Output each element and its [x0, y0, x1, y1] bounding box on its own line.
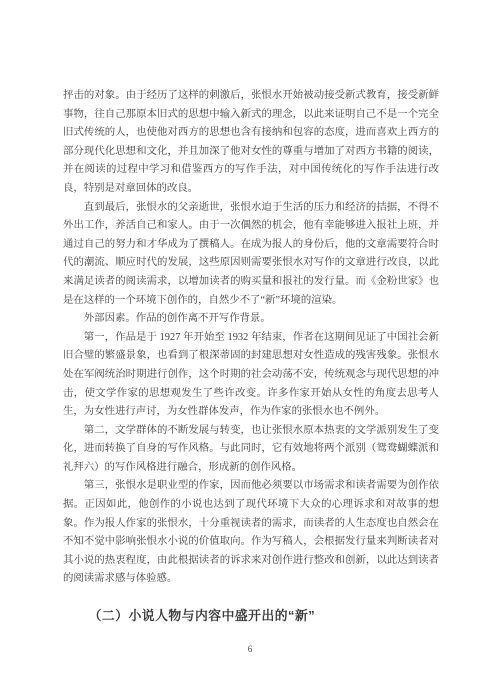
section-heading: （二）小说人物与内容中盛开出的“新”: [63, 607, 439, 624]
paragraph: 第三，张恨水是职业型的作家，因而他必须要以市场需求和读者需要为创作依据。正因如此…: [63, 477, 439, 589]
page-body: 抨击的对象。由于经历了这样的刺激后，张恨水开始被动接受新式教育，接受新鲜事物，往…: [63, 87, 439, 624]
paragraph: 第一，作品是于 1927 年开始至 1932 年结束，作者在这期间见证了中国社会…: [63, 329, 439, 422]
paragraph: 外部因素。作品的创作离不开写作背景。: [63, 310, 439, 329]
paragraph-continuation: 抨击的对象。由于经历了这样的刺激后，张恨水开始被动接受新式教育，接受新鲜事物，往…: [63, 87, 439, 199]
paragraph: 直到最后，张恨水的父亲逝世，张恨水迫于生活的压力和经济的拮据，不得不外出工作，养…: [63, 199, 439, 311]
document-page: 抨击的对象。由于经历了这样的刺激后，张恨水开始被动接受新式教育，接受新鲜事物，往…: [0, 0, 500, 698]
paragraph: 第二，文学群体的不断发展与转变，也让张恨水原本热衷的文学派别发生了变化，进而转换…: [63, 422, 439, 478]
page-number: 6: [0, 644, 500, 654]
